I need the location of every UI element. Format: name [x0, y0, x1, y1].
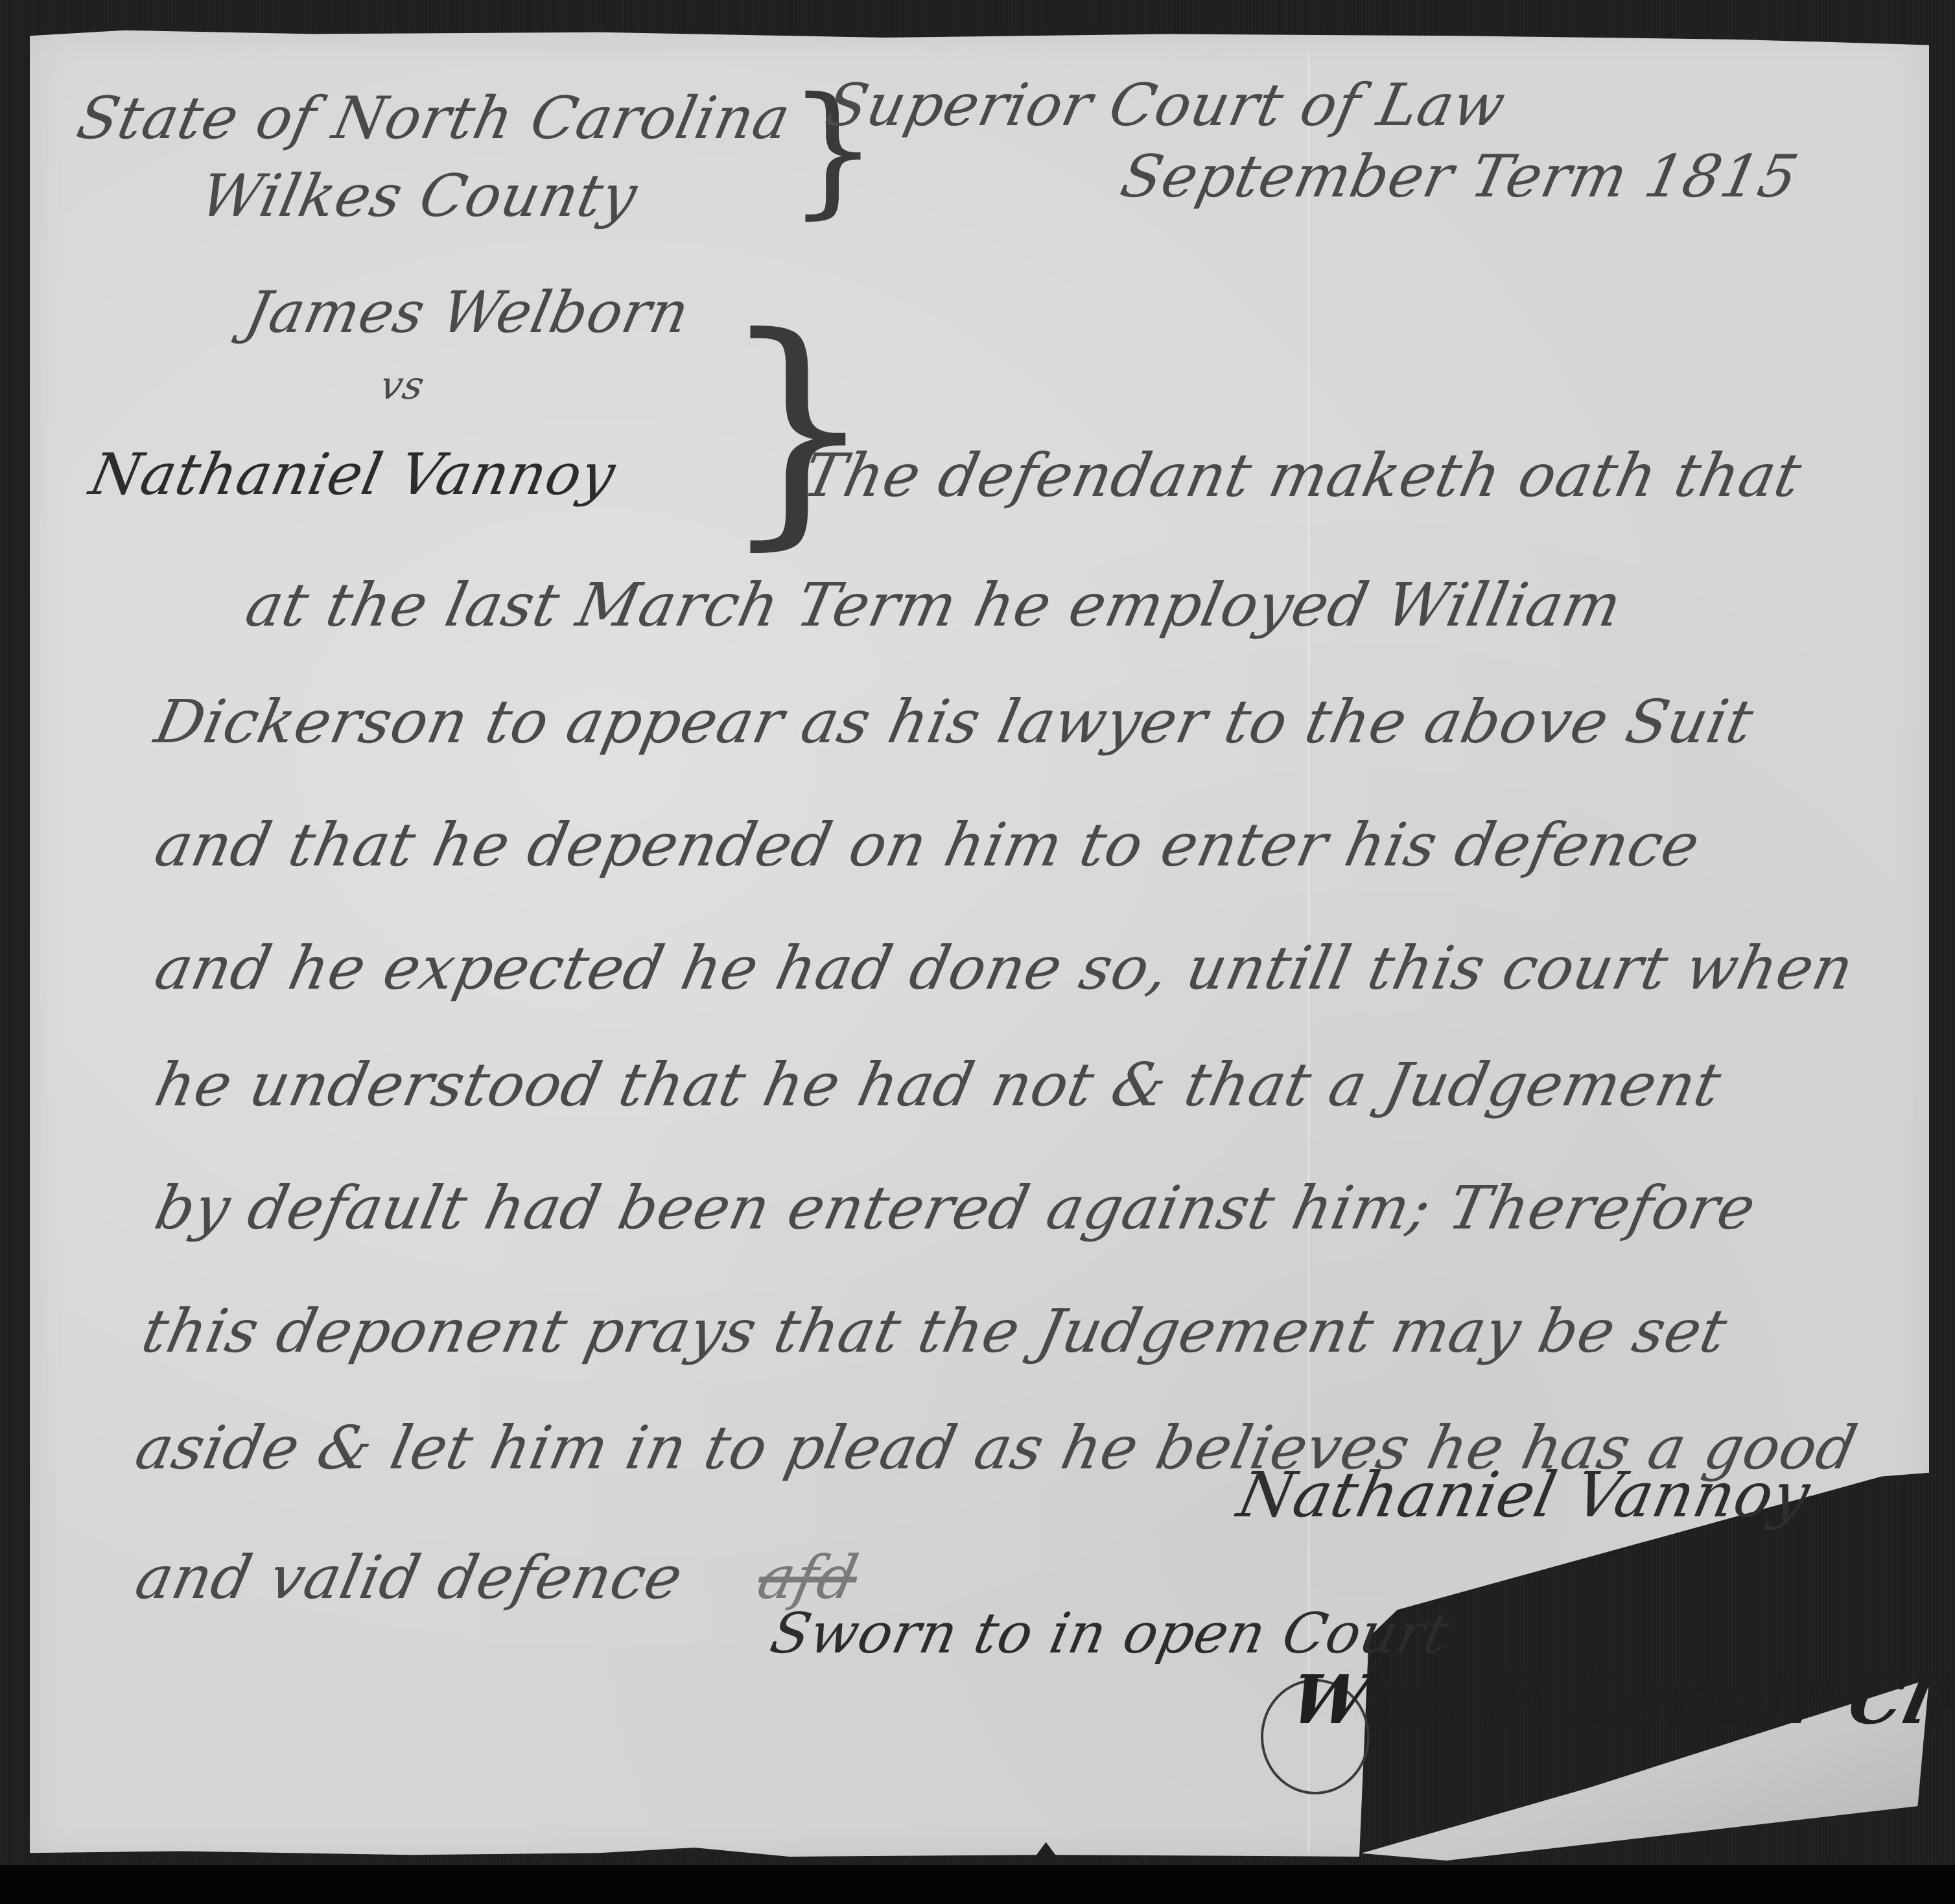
body-line-6: he understood that he had not & that a J…	[149, 1050, 1727, 1120]
body-line-2: at the last March Term he employed Willi…	[240, 570, 1628, 640]
body-line-5: and he expected he had done so, untill t…	[149, 934, 1860, 1003]
clerk-signature: Wm. P. Lenoir Clk.	[1283, 1660, 1955, 1739]
court-name: Superior Court of Law	[820, 71, 1512, 139]
body-line-3: Dickerson to appear as his lawyer to the…	[149, 687, 1760, 757]
body-line-8: this deponent prays that the Judgement m…	[136, 1297, 1733, 1366]
jurisdiction-county: Wilkes County	[194, 162, 643, 230]
jurisdiction-state: State of North Carolina	[71, 84, 797, 152]
body-line-4: and that he depended on him to enter his…	[149, 810, 1706, 880]
body-line-1: The defendant maketh oath that	[797, 441, 1808, 510]
court-term: September Term 1815	[1115, 143, 1804, 211]
scanner-bottom-edge	[0, 1865, 1955, 1904]
body-line-7: by default had been entered against him;…	[149, 1173, 1762, 1243]
caption-brace-icon: }	[720, 305, 876, 551]
deponent-signature: Nathaniel Vannoy	[1232, 1459, 1817, 1531]
body-line-10: and valid defence	[130, 1543, 689, 1612]
plaintiff-name: James Welborn	[240, 279, 696, 346]
defendant-name: Nathaniel Vannoy	[84, 441, 622, 508]
jurat-statement: Sworn to in open Court	[765, 1601, 1455, 1666]
